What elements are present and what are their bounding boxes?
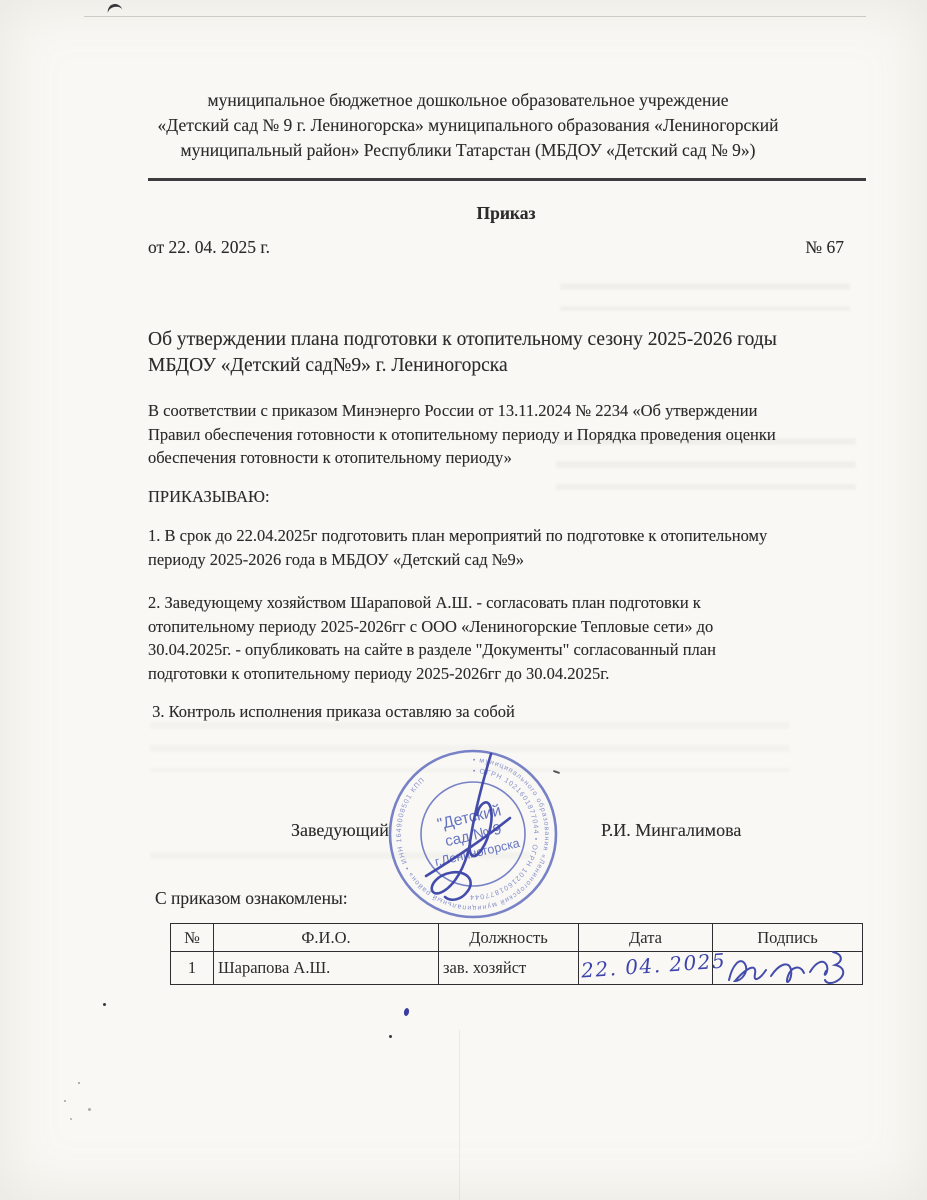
order-preamble: В соответствии с приказом Минэнерго Росс… [148, 399, 893, 470]
text-line: обеспечения готовности к отопительному п… [148, 446, 893, 470]
order-item-3: 3. Контроль исполнения приказа оставляю … [148, 700, 893, 724]
row-num: 1 [171, 952, 214, 985]
table-row: 1 Шарапова А.Ш. зав. хозяйст 22. 04. 202… [171, 952, 863, 985]
bleedthrough-artifact [560, 283, 850, 311]
directive-word: ПРИКАЗЫВАЮ: [148, 485, 893, 509]
text-line: Правил обеспечения готовности к отопител… [148, 423, 893, 447]
acknowledgement-label: С приказом ознакомлены: [155, 888, 348, 909]
order-date: от 22. 04. 2025 г. [148, 237, 270, 258]
text-line: 30.04.2025г. - опубликовать на сайте в р… [148, 638, 893, 662]
order-subject: Об утверждении плана подготовки к отопит… [148, 327, 893, 379]
order-item-2: 2. Заведующему хозяйством Шараповой А.Ш.… [148, 591, 893, 685]
scan-speck [106, 2, 123, 15]
row-date: 22. 04. 2025 [579, 952, 713, 985]
text-line: муниципальный район» Республики Татарста… [110, 138, 826, 163]
date-number-row: от 22. 04. 2025 г. № 67 [148, 237, 864, 258]
scan-speck [70, 1118, 72, 1120]
row-signature [713, 952, 863, 985]
row-name: Шарапова А.Ш. [214, 952, 439, 985]
signer-name: Р.И. Мингалимова [601, 820, 741, 841]
letterhead-divider [148, 178, 866, 181]
stamp-and-signature-graphic: • муниципального образования «Лениногорс… [358, 726, 598, 951]
scan-speck [103, 1003, 106, 1006]
official-stamp: • муниципального образования «Лениногорс… [358, 726, 598, 951]
text-line: 3. Контроль исполнения приказа оставляю … [148, 700, 893, 724]
col-header-name: Ф.И.О. [214, 924, 439, 952]
text-line: 1. В срок до 22.04.2025г подготовить пла… [148, 524, 893, 548]
text-line: В соответствии с приказом Минэнерго Росс… [148, 399, 893, 423]
text-line: 2. Заведующему хозяйством Шараповой А.Ш.… [148, 591, 893, 615]
text-line: периоду 2025-2026 года в МБДОУ «Детский … [148, 548, 893, 572]
row-position: зав. хозяйст [439, 952, 579, 985]
ink-speck [403, 1008, 410, 1017]
organization-letterhead: муниципальное бюджетное дошкольное образ… [110, 88, 826, 163]
text-line: муниципальное бюджетное дошкольное образ… [110, 88, 826, 113]
order-number: № 67 [805, 237, 844, 258]
col-header-num: № [171, 924, 214, 952]
signature-scribble-icon [715, 944, 861, 990]
text-line: МБДОУ «Детский сад№9» г. Лениногорска [148, 353, 893, 379]
document-title: Приказ [148, 203, 864, 224]
col-header-position: Должность [439, 924, 579, 952]
text-line: Об утверждении плана подготовки к отопит… [148, 327, 893, 353]
scan-speck [78, 1082, 80, 1084]
scan-speck [64, 1100, 66, 1102]
fold-mark [459, 1030, 460, 1200]
col-header-date: Дата [579, 924, 713, 952]
text-line: «Детский сад № 9 г. Лениногорска» муници… [110, 113, 826, 138]
scan-speck [389, 1035, 392, 1038]
scan-edge-line [84, 16, 866, 17]
text-line: отопительному периоду 2025-2026гг с ООО … [148, 615, 893, 639]
scan-speck [88, 1108, 91, 1111]
text-line: подготовки к отопительному периоду 2025-… [148, 662, 893, 686]
order-item-1: 1. В срок до 22.04.2025г подготовить пла… [148, 524, 893, 571]
acknowledgement-table: № Ф.И.О. Должность Дата Подпись 1 Шарапо… [170, 923, 863, 985]
handwritten-date: 22. 04. 2025 [580, 949, 711, 982]
scanned-order-document: муниципальное бюджетное дошкольное образ… [0, 0, 927, 1200]
